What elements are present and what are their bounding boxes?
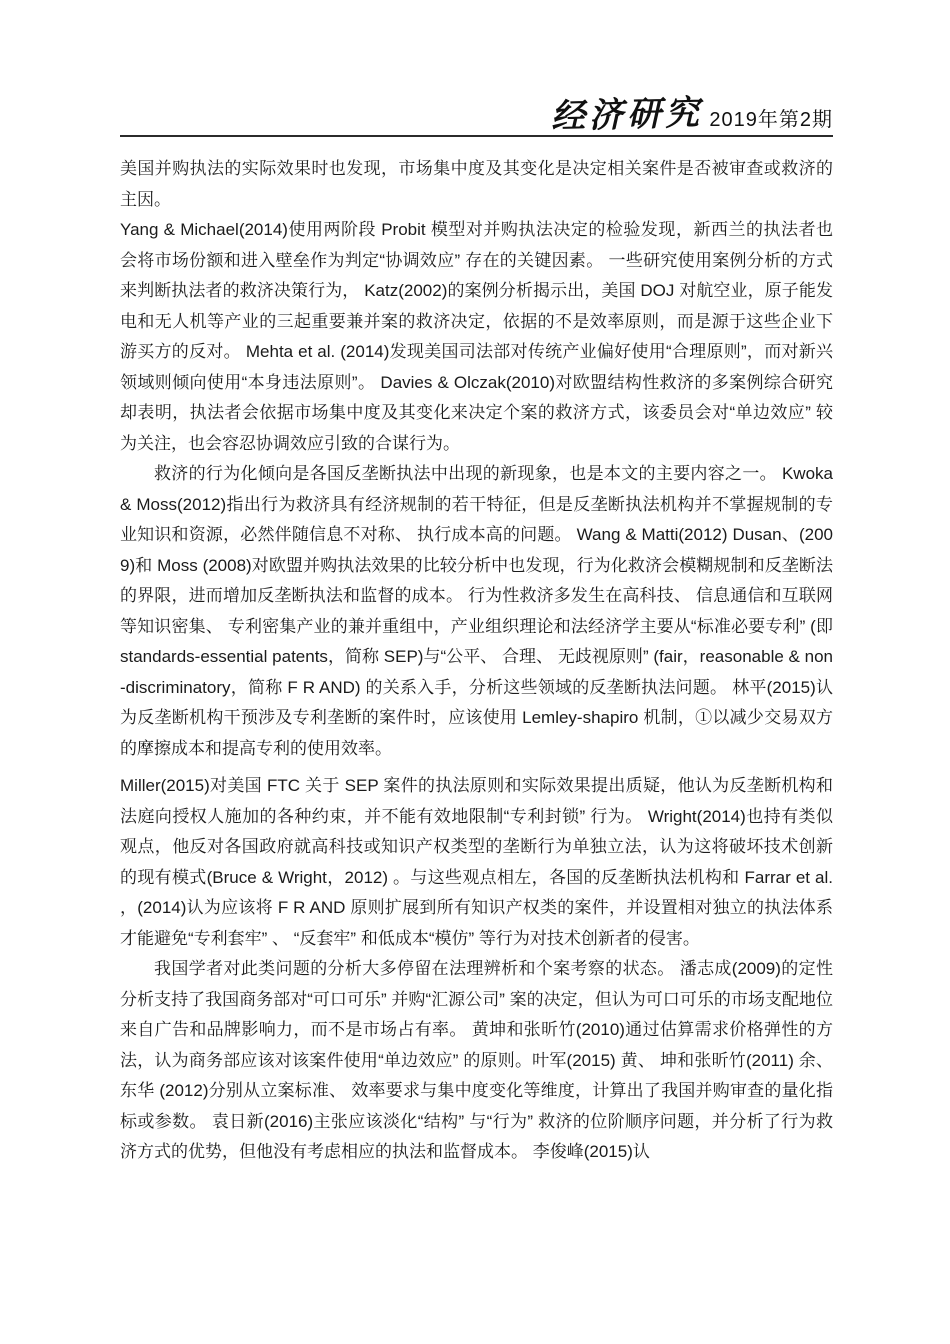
- paragraph-5: 我国学者对此类问题的分析大多停留在法理辨析和个案考察的状态。 潘志成(2009)…: [120, 954, 833, 1168]
- paragraph-1: 美国并购执法的实际效果时也发现，市场集中度及其变化是决定相关案件是否被审查或救济…: [120, 154, 833, 215]
- page-header: 经济研究 2019年第2期: [120, 0, 833, 137]
- paragraph-3: 救济的行为化倾向是各国反垄断执法中出现的新现象，也是本文的主要内容之一。 Kwo…: [120, 459, 833, 764]
- paragraph-4: Miller(2015)对美国 FTC 关于 SEP 案件的执法原则和实际效果提…: [120, 771, 833, 954]
- page-content: 经济研究 2019年第2期 美国并购执法的实际效果时也发现，市场集中度及其变化是…: [120, 0, 833, 1168]
- journal-logo: 经济研究: [551, 96, 704, 134]
- journal-page: 经济研究 2019年第2期 美国并购执法的实际效果时也发现，市场集中度及其变化是…: [0, 0, 950, 1344]
- article-body: 美国并购执法的实际效果时也发现，市场集中度及其变化是决定相关案件是否被审查或救济…: [120, 137, 833, 1168]
- paragraph-2: Yang & Michael(2014)使用两阶段 Probit 模型对并购执法…: [120, 215, 833, 459]
- issue-label: 2019年第2期: [709, 110, 833, 130]
